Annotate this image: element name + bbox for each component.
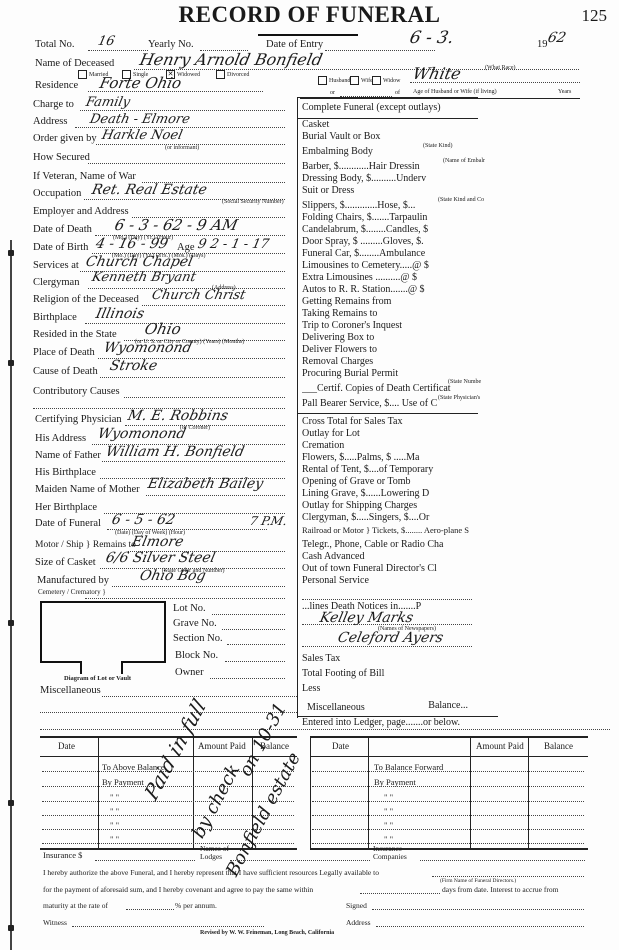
- title-underline: [258, 34, 358, 36]
- witness-label: Witness: [43, 918, 67, 927]
- field-line: [124, 397, 285, 398]
- charge-pall-bearer: Pall Bearer Service, $.... Use of C: [302, 398, 476, 409]
- miscellaneous-2-label: Miscellaneous: [307, 702, 365, 713]
- spouse-husband[interactable]: Husband: [318, 76, 350, 85]
- date-of-funeral-value: 6 - 5 - 62: [110, 512, 176, 528]
- age-label: Age: [177, 242, 195, 253]
- date-of-funeral-label: Date of Funeral: [35, 518, 101, 529]
- maturity-text: maturity at the rate of: [43, 901, 108, 910]
- occupation-value: Ret. Real Estate: [90, 182, 208, 198]
- contributory-causes-label: Contributory Causes: [33, 386, 120, 397]
- lot-diagram-door: [80, 661, 82, 674]
- days-text: days from date. Interest to accrue from: [442, 885, 558, 894]
- charge-total-footing: Total Footing of Bill: [302, 668, 476, 679]
- charge-autos-station: Autos to R. R. Station.......@ $: [302, 284, 476, 295]
- binder-hole: [8, 250, 14, 256]
- total-no-label: Total No.: [35, 39, 75, 50]
- field-line: [102, 696, 297, 697]
- lot-diagram: [40, 601, 166, 663]
- field-line: [432, 876, 584, 877]
- years-label: Years: [558, 89, 571, 95]
- lot-diagram-edge: [40, 661, 82, 663]
- funeral-hour-value: 7 P.M.: [249, 514, 289, 528]
- residence-value: Forte Ohio: [98, 74, 183, 92]
- field-line: [420, 860, 585, 861]
- his-address-value: Wyomonond: [96, 426, 187, 442]
- size-of-casket-label: Size of Casket: [35, 557, 96, 568]
- charge-cross-total: Cross Total for Sales Tax: [302, 416, 476, 427]
- age-spouse-label: Age of Husband or Wife (if living): [413, 89, 497, 95]
- charge-shipping: Outlay for Shipping Charges: [302, 500, 476, 511]
- charge-death-certificate: ___Certif. Copies of Death Certificat: [302, 383, 476, 394]
- charge-telegr: Telegr., Phone, Cable or Radio Cha: [302, 539, 476, 550]
- cause-of-death-label: Cause of Death: [33, 366, 98, 377]
- date-of-birth-value: 4 - 16 - 99: [94, 236, 169, 252]
- witness-line[interactable]: [72, 926, 264, 927]
- ledger-row-line: [312, 815, 584, 816]
- marital-divorced[interactable]: Divorced: [216, 70, 249, 79]
- field-line: [302, 646, 472, 647]
- per-annum-text: % per annum.: [175, 901, 217, 910]
- mother-maiden-name-label: Maiden Name of Mother: [35, 484, 140, 495]
- field-line: [40, 712, 297, 713]
- lodges-label: Names of Lodges: [200, 845, 240, 861]
- spouse-of: of: [395, 90, 400, 96]
- field-line: [210, 678, 285, 679]
- cause-of-death-value: Stroke: [108, 358, 159, 374]
- place-of-death-value: Wyomonond: [102, 340, 193, 356]
- payment-ledger-right: Date Amount Paid Balance To Balance Forw…: [310, 736, 588, 850]
- field-line: [230, 860, 370, 861]
- binder-hole: [8, 360, 14, 366]
- ledger-row-line: [312, 829, 584, 830]
- ledger-header-line: [310, 756, 588, 757]
- charges-divider: [298, 413, 478, 414]
- charge-burial-permit: Procuring Burial Permit: [302, 368, 476, 379]
- ledger-amount-header: Amount Paid: [198, 741, 246, 751]
- field-line: [360, 893, 440, 894]
- clergyman-label: Clergyman: [33, 277, 79, 288]
- size-of-casket-value: 6/6 Silver Steel: [104, 550, 217, 566]
- name-of-deceased-value: Henry Arnold Bonfield: [138, 50, 324, 69]
- race-line: [410, 82, 580, 83]
- charge-dressing: Dressing Body, $..........Underv: [302, 173, 476, 184]
- charge-opening-grave: Opening of Grave or Tomb: [302, 476, 476, 487]
- ledger-date-header: Date: [332, 741, 349, 751]
- occupation-label: Occupation: [33, 188, 81, 199]
- manufactured-by-value: Ohio Bog: [138, 568, 207, 584]
- newspaper-handwriting-2: Celeford Ayers: [336, 630, 444, 646]
- date-of-entry-value: 6 - 3.: [408, 28, 456, 48]
- ledger-entry-text: Entered into Ledger, page.......or below…: [302, 717, 460, 728]
- field-line: [302, 624, 472, 625]
- yearly-no-label: Yearly No.: [148, 39, 194, 50]
- religion-value: Church Christ: [150, 288, 246, 303]
- lot-diagram-edge: [121, 661, 165, 663]
- resided-label: Resided in the State: [33, 329, 117, 340]
- race-label: (What Race): [485, 65, 515, 71]
- charge-less: Less: [302, 683, 476, 694]
- field-line: [80, 110, 285, 111]
- charge-clergyman: Clergyman, $.....Singers, $....Or: [302, 512, 476, 523]
- charge-suit: Suit or Dress: [302, 185, 476, 196]
- spouse-widow[interactable]: Widow: [372, 76, 400, 85]
- charge-personal-service: Personal Service: [302, 575, 476, 586]
- field-line: [102, 461, 285, 462]
- charge-to-label: Charge to: [33, 99, 74, 110]
- date-of-death-label: Date of Death: [33, 224, 92, 235]
- binder-hole: [8, 800, 14, 806]
- charge-sales-tax: Sales Tax: [302, 653, 476, 664]
- year-value: 62: [546, 30, 567, 46]
- binder-edge: [10, 240, 12, 950]
- revised-by: Revised by W. W. Feineman, Long Beach, C…: [200, 930, 334, 936]
- lot-no-label: Lot No.: [173, 603, 206, 614]
- diagram-caption: Diagram of Lot or Vault: [64, 675, 131, 682]
- charge-cremation: Cremation: [302, 440, 476, 451]
- charge-candelabrum: Candelabrum, $........Candles, $: [302, 224, 476, 235]
- charge-casket: Casket: [302, 119, 476, 130]
- field-line: [302, 599, 472, 600]
- religion-label: Religion of the Deceased: [33, 294, 139, 305]
- charge-barber: Barber, $............Hair Dressin: [302, 161, 476, 172]
- charge-door-spray: Door Spray, $ .........Gloves, $.: [302, 236, 476, 247]
- charge-burial-vault: Burial Vault or Box: [302, 131, 476, 142]
- charge-funeral-car: Funeral Car, $........Ambulance: [302, 248, 476, 259]
- order-given-by-value: Harkle Noel: [100, 128, 183, 143]
- charge-taking-remains: Taking Remains to: [302, 308, 476, 319]
- ledger-row-line: [312, 801, 584, 802]
- field-line: [85, 598, 285, 599]
- manufactured-by-label: Manufactured by: [37, 575, 109, 586]
- insurance-label: Insurance $: [43, 850, 82, 860]
- remains-to-label: Motor / Ship } Remains to: [35, 540, 136, 550]
- charge-to-value: Family: [84, 95, 131, 110]
- ledger-row-line: [42, 801, 294, 802]
- ledger-date-header: Date: [58, 741, 75, 751]
- certifying-physician-label: Certifying Physician: [35, 414, 122, 425]
- charge-deliver-flowers: Deliver Flowers to: [302, 344, 476, 355]
- field-line: [146, 495, 285, 496]
- charge-tickets: Railroad or Motor } Tickets, $........ A…: [302, 525, 476, 535]
- charge-flowers: Flowers, $.....Palms, $ .....Ma: [302, 452, 476, 463]
- his-birthplace-label: His Birthplace: [35, 467, 96, 478]
- employer-label: Employer and Address: [33, 206, 129, 217]
- field-line: [95, 860, 195, 861]
- ledger-row-line: [312, 843, 584, 844]
- services-at-label: Services at: [33, 260, 79, 271]
- field-line: [227, 644, 285, 645]
- lot-diagram-door: [121, 661, 123, 674]
- field-line: [88, 163, 285, 164]
- his-address-label: His Address: [35, 433, 86, 444]
- name-of-father-value: William H. Bonfield: [104, 444, 245, 460]
- certifying-physician-value: M. E. Robbins: [126, 408, 229, 424]
- grave-no-label: Grave No.: [173, 618, 217, 629]
- ledger-row-line: [312, 786, 584, 787]
- charge-limousines: Limousines to Cemetery.....@ $: [302, 260, 476, 271]
- funeral-record-page: RECORD OF FUNERAL 125 Total No. 16 Yearl…: [0, 0, 619, 950]
- race-value: White: [411, 64, 463, 83]
- age-value: 9 2 - 1 - 17: [196, 237, 270, 252]
- spouse-or: or: [330, 90, 335, 96]
- field-line: [40, 729, 610, 730]
- her-birthplace-label: Her Birthplace: [35, 502, 97, 513]
- order-given-by-label: Order given by: [33, 133, 97, 144]
- resided-value: Ohio: [143, 320, 183, 338]
- name-of-father-label: Name of Father: [35, 450, 101, 461]
- mother-maiden-name-value: Elizabeth Bailey: [146, 476, 264, 492]
- field-line: [100, 377, 285, 378]
- date-of-birth-label: Date of Birth: [33, 242, 88, 253]
- address-line[interactable]: [376, 926, 584, 927]
- charge-out-of-town: Out of town Funeral Director's Cl: [302, 563, 476, 574]
- field-line: [126, 909, 174, 910]
- ledger-col: [528, 738, 529, 848]
- total-no-line: [88, 50, 148, 51]
- date-of-death-value: 6 - 3 - 62 - 9 AM: [113, 216, 239, 234]
- place-of-death-label: Place of Death: [33, 347, 95, 358]
- field-line: [212, 614, 285, 615]
- ledger-col: [470, 738, 471, 848]
- page-title: RECORD OF FUNERAL: [0, 2, 619, 28]
- ledger-amount-header: Amount Paid: [476, 741, 524, 751]
- binder-hole: [8, 620, 14, 626]
- charges-panel: Complete Funeral (except outlays) Casket…: [297, 97, 478, 718]
- name-of-deceased-label: Name of Deceased: [35, 58, 114, 69]
- charge-delivering-box: Delivering Box to: [302, 332, 476, 343]
- miscellaneous-label: Miscellaneous: [40, 685, 101, 696]
- residence-label: Residence: [35, 80, 78, 91]
- page-number: 125: [582, 6, 608, 26]
- complete-funeral-header: Complete Funeral (except outlays): [302, 102, 476, 113]
- veteran-label: If Veteran, Name of War: [33, 171, 136, 182]
- payment-text: for the payment of aforesaid sum, and I …: [43, 885, 313, 894]
- clergyman-value: Kenneth Bryant: [90, 270, 197, 285]
- field-line: [85, 323, 285, 324]
- birthplace-value: Illinois: [94, 306, 145, 322]
- address-label: Address: [33, 116, 67, 127]
- ledger-col: [98, 738, 99, 848]
- charge-embalming: Embalming Body: [302, 146, 476, 157]
- spouse-wife[interactable]: Wife: [350, 76, 373, 85]
- remains-to-value: Elmore: [130, 534, 185, 550]
- firm-name-note: (Firm Name of Funeral Directors.): [440, 878, 516, 884]
- charge-slippers: Slippers, $.............Hose, $...: [302, 200, 476, 211]
- ledger-row-line: [312, 771, 584, 772]
- ledger-col: [310, 738, 311, 848]
- field-line: [225, 661, 285, 662]
- address-value: Death - Elmore: [88, 112, 191, 127]
- how-secured-label: How Secured: [33, 152, 90, 163]
- signature-line[interactable]: [372, 909, 584, 910]
- ledger-balance-header: Balance: [544, 741, 573, 751]
- charge-tent-rental: Rental of Tent, $....of Temporary: [302, 464, 476, 475]
- total-no-value: 16: [96, 34, 116, 49]
- charge-removal: Removal Charges: [302, 356, 476, 367]
- insurance-companies-label: Insurance Companies: [373, 845, 423, 861]
- authorize-text: I hereby authorize the above Funeral, an…: [43, 868, 379, 877]
- field-line: [142, 305, 285, 306]
- charge-outlay-lot: Outlay for Lot: [302, 428, 476, 439]
- date-of-entry-label: Date of Entry: [266, 39, 323, 50]
- birthplace-label: Birthplace: [33, 312, 77, 323]
- binder-hole: [8, 925, 14, 931]
- charge-extra-limousines: Extra Limousines ..........@ $: [302, 272, 476, 283]
- signed-label: Signed: [346, 901, 367, 910]
- address-footer-label: Address: [346, 918, 371, 927]
- ssn-note: (Social Security Number): [222, 199, 284, 205]
- charge-cash-advanced: Cash Advanced: [302, 551, 476, 562]
- date-of-entry-line: [325, 50, 435, 51]
- block-no-label: Block No.: [175, 650, 218, 661]
- charge-folding-chairs: Folding Chairs, $.......Tarpaulin: [302, 212, 476, 223]
- charge-getting-remains: Getting Remains from: [302, 296, 476, 307]
- section-no-label: Section No.: [173, 633, 223, 644]
- field-line: [222, 629, 285, 630]
- charge-coroner-trip: Trip to Coroner's Inquest: [302, 320, 476, 331]
- cemetery-label: Cemetery / Crematory }: [38, 588, 106, 596]
- informant-note: (or informant): [165, 145, 199, 151]
- field-line: [112, 586, 285, 587]
- owner-label: Owner: [175, 667, 204, 678]
- services-at-value: Church Chapel: [84, 254, 194, 270]
- charge-lining-grave: Lining Grave, $......Lowering D: [302, 488, 476, 499]
- ledger-col: [368, 738, 369, 848]
